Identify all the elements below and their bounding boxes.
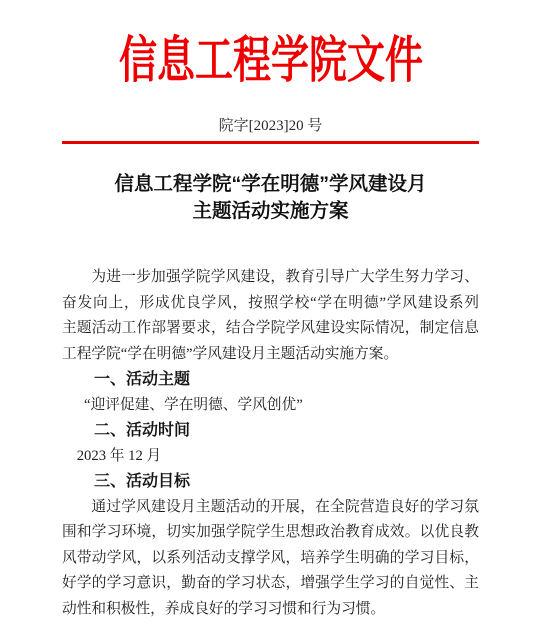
paragraph-goals: 通过学风建设月主题活动的开展，在全院营造良好的学习氛围和学习环境，切实加强学院学… [62,495,479,623]
section-heading-3: 三、活动目标 [62,469,479,495]
text-line: 围和学习环境，切实加强学院学生思想政治教育成效。以优良教 [62,520,479,546]
text-line: 主题活动工作部署要求，结合学院学风建设实际情况，制定信息 [62,316,479,342]
document-page: 信息工程学院文件 院字[2023]20 号 信息工程学院“学在明德”学风建设月 … [0,0,541,627]
section-heading-2: 二、活动时间 [62,418,479,444]
text-line: 动性和积极性，养成良好的学习习惯和行为习惯。 [62,597,479,623]
text-line: 工程学院“学在明德”学风建设月主题活动实施方案。 [62,342,479,368]
document-body: 为进一步加强学院学风建设，教育引导广大学生努力学习、奋发向上，形成优良学风，按照… [62,265,479,622]
red-divider-rule [62,141,479,144]
org-title-redhead: 信息工程学院文件 [0,31,541,89]
text-line: 通过学风建设月主题活动的开展，在全院营造良好的学习氛 [62,495,479,521]
document-title-line2: 主题活动实施方案 [0,198,541,225]
document-title: 信息工程学院“学在明德”学风建设月 主题活动实施方案 [0,171,541,225]
paragraph-intro: 为进一步加强学院学风建设，教育引导广大学生努力学习、奋发向上，形成优良学风，按照… [62,265,479,367]
section-content-theme: “迎评促建、学在明德、学风创优” [62,393,479,419]
org-title-text: 信息工程学院文件 [119,31,423,89]
text-line: 奋发向上，形成优良学风，按照学校“学在明德”学风建设系列 [62,291,479,317]
doc-number: 院字[2023]20 号 [0,116,541,136]
section-content-time: 2023 年 12 月 [62,444,479,470]
document-title-line1: 信息工程学院“学在明德”学风建设月 [0,171,541,198]
section-heading-1: 一、活动主题 [62,367,479,393]
text-line: 好学的学习意识，勤奋的学习状态，增强学生学习的自觉性、主 [62,571,479,597]
text-line: 风带动学风，以系列活动支撑学风，培养学生明确的学习目标， [62,546,479,572]
text-line: 为进一步加强学院学风建设，教育引导广大学生努力学习、 [62,265,479,291]
